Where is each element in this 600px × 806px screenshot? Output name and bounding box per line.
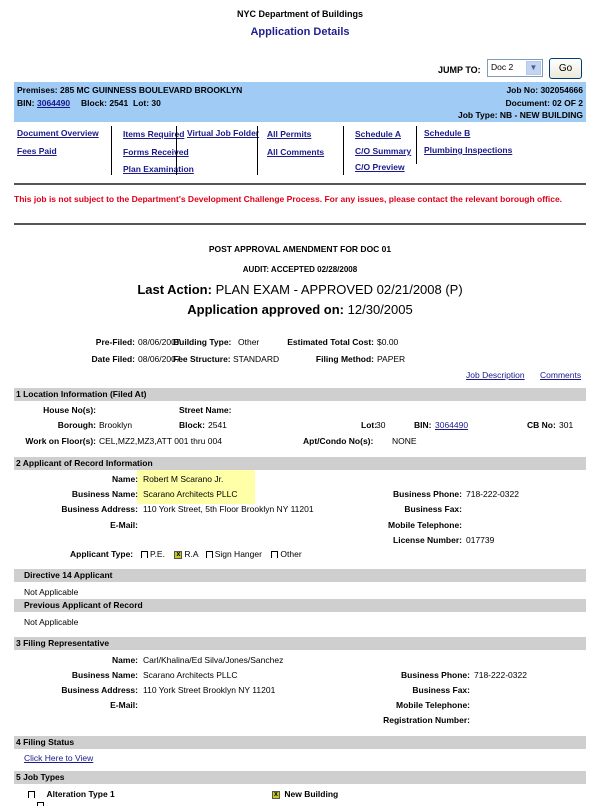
nav-all-comments[interactable]: All Comments — [267, 147, 324, 157]
comments-link[interactable]: Comments — [540, 370, 581, 380]
business-fax-label: Business Fax: — [404, 504, 462, 514]
nav-divider — [257, 126, 258, 175]
est-cost-label: Estimated Total Cost: — [287, 337, 374, 347]
business-name-value: Scarano Architects PLLC — [143, 489, 238, 499]
premises-address: Premises: 285 MC GUINNESS BOULEVARD BROO… — [17, 85, 242, 95]
borough-label: Borough: — [58, 420, 96, 430]
applicant-type-pe[interactable]: P.E. — [141, 549, 165, 559]
nav-forms-received[interactable]: Forms Received — [123, 147, 189, 157]
approved-label: Application approved on: — [187, 302, 344, 317]
section-directive14-header: Directive 14 Applicant — [14, 569, 586, 582]
block-label: Block: — [179, 420, 205, 430]
cb-value: 301 — [559, 420, 573, 430]
section-title: 3 Filing Representative — [14, 638, 109, 648]
rep-business-phone-value: 718-222-0322 — [474, 670, 527, 680]
applicant-name-label: Name: — [112, 474, 138, 484]
nav-divider — [416, 126, 417, 164]
nav-all-permits[interactable]: All Permits — [267, 129, 311, 139]
checkbox-unchecked-icon — [28, 791, 35, 798]
business-name-label: Business Name: — [72, 489, 138, 499]
rep-business-fax-label: Business Fax: — [412, 685, 470, 695]
section-job-types-header: 5 Job Types — [14, 771, 586, 784]
filing-status-link[interactable]: Click Here to View — [24, 753, 93, 763]
section-title: Previous Applicant of Record — [14, 600, 143, 610]
nav-document-overview[interactable]: Document Overview — [17, 128, 99, 138]
filing-method-label: Filing Method: — [316, 354, 374, 364]
last-action-value: PLAN EXAM - APPROVED 02/21/2008 (P) — [216, 282, 463, 297]
section-filing-rep-header: 3 Filing Representative — [14, 637, 586, 650]
nav-divider — [111, 126, 112, 175]
premises-block: Block: 2541 — [81, 98, 128, 108]
section-title: 4 Filing Status — [14, 737, 74, 747]
last-action: Last Action: PLAN EXAM - APPROVED 02/21/… — [0, 282, 600, 297]
nav-plan-examination[interactable]: Plan Examination — [123, 164, 194, 174]
amendment-status: POST APPROVAL AMENDMENT FOR DOC 01 — [0, 244, 600, 254]
divider — [14, 183, 586, 185]
email-label: E-Mail: — [110, 520, 138, 530]
nav-co-preview[interactable]: C/O Preview — [355, 162, 405, 172]
datefiled-label: Date Filed: — [92, 354, 135, 364]
building-type-label: Building Type: — [173, 337, 231, 347]
document-number: Document: 02 OF 2 — [506, 98, 583, 108]
license-value: 017739 — [466, 535, 494, 545]
street-label: Street Name: — [179, 405, 231, 415]
nav-schedule-b[interactable]: Schedule B — [424, 128, 470, 138]
job-type-alteration-1[interactable]: Alteration Type 1 — [28, 789, 115, 799]
rep-name-value: Carl/Khalina/Ed Silva/Jones/Sanchez — [143, 655, 283, 665]
job-type-new-building[interactable]: x New Building — [272, 789, 338, 799]
previous-applicant-value: Not Applicable — [24, 617, 78, 627]
jump-to-label: JUMP TO: — [438, 65, 481, 75]
nav-plumbing-inspections[interactable]: Plumbing Inspections — [424, 145, 512, 155]
section-title: 5 Job Types — [14, 772, 65, 782]
rep-name-label: Name: — [112, 655, 138, 665]
rep-business-address-value: 110 York Street Brooklyn NY 11201 — [143, 685, 275, 695]
checkbox-checked-icon: x — [174, 551, 182, 559]
development-challenge-notice: This job is not subject to the Departmen… — [14, 194, 586, 205]
rep-business-name-label: Business Name: — [72, 670, 138, 680]
business-address-value: 110 York Street, 5th Floor Brooklyn NY 1… — [143, 504, 314, 514]
nav-divider — [343, 126, 344, 175]
lot-label: Lot: — [361, 420, 377, 430]
section-previous-applicant-header: Previous Applicant of Record — [14, 599, 586, 612]
section-title: 1 Location Information (Filed At) — [14, 389, 146, 399]
nav-fees-paid[interactable]: Fees Paid — [17, 146, 57, 156]
lot-value: 30 — [376, 420, 385, 430]
rep-business-phone-label: Business Phone: — [401, 670, 470, 680]
rep-registration-label: Registration Number: — [383, 715, 470, 725]
applicant-type-other[interactable]: Other — [271, 549, 301, 559]
apt-label: Apt/Condo No(s): — [303, 436, 373, 446]
section-applicant-header: 2 Applicant of Record Information — [14, 457, 586, 470]
section-location-header: 1 Location Information (Filed At) — [14, 388, 586, 401]
rep-business-name-value: Scarano Architects PLLC — [143, 670, 238, 680]
jump-to-select[interactable]: Doc 2 ▼ — [487, 59, 543, 77]
job-number: Job No: 302054666 — [506, 85, 583, 95]
checkbox-unchecked-icon[interactable] — [37, 802, 44, 806]
floors-label: Work on Floor(s): — [25, 436, 96, 446]
fee-structure-label: Fee Structure: — [173, 354, 231, 364]
chevron-down-icon[interactable]: ▼ — [526, 61, 541, 75]
application-approved: Application approved on: 12/30/2005 — [0, 302, 600, 317]
apt-value: NONE — [392, 436, 417, 446]
audit-status: AUDIT: ACCEPTED 02/28/2008 — [0, 265, 600, 274]
last-action-label: Last Action: — [137, 282, 212, 297]
borough-value: Brooklyn — [99, 420, 132, 430]
applicant-type-options: P.E. xR.A Sign Hanger Other — [141, 549, 302, 559]
business-address-label: Business Address: — [61, 504, 138, 514]
rep-business-address-label: Business Address: — [61, 685, 138, 695]
prefiled-label: Pre-Filed: — [96, 337, 135, 347]
section-title: Directive 14 Applicant — [14, 570, 113, 580]
nav-virtual-job-folder[interactable]: Virtual Job Folder — [187, 128, 259, 138]
cb-label: CB No: — [527, 420, 556, 430]
page-title: Application Details — [0, 26, 600, 38]
checkbox-checked-icon: x — [272, 791, 280, 799]
premises-bin-label: BIN: — [17, 98, 34, 108]
license-label: License Number: — [393, 535, 462, 545]
filing-method-value: PAPER — [377, 354, 405, 364]
rep-email-label: E-Mail: — [110, 700, 138, 710]
premises-lot: Lot: 30 — [133, 98, 161, 108]
applicant-type-label: Applicant Type: — [70, 549, 133, 559]
est-cost-value: $0.00 — [377, 337, 398, 347]
premises-bin-link[interactable]: 3064490 — [37, 98, 70, 108]
applicant-type-sign-hanger[interactable]: Sign Hanger — [206, 549, 262, 559]
business-phone-label: Business Phone: — [393, 489, 462, 499]
fee-structure-value: STANDARD — [233, 354, 279, 364]
section-title: 2 Applicant of Record Information — [14, 458, 153, 468]
nav-co-summary[interactable]: C/O Summary — [355, 146, 411, 156]
applicant-type-ra[interactable]: xR.A — [174, 549, 198, 559]
premises-bar: Premises: 285 MC GUINNESS BOULEVARD BROO… — [14, 82, 586, 122]
checkbox-unchecked-icon — [271, 551, 278, 558]
mobile-label: Mobile Telephone: — [388, 520, 462, 530]
checkbox-unchecked-icon — [206, 551, 213, 558]
building-type-value: Other — [238, 337, 259, 347]
go-button[interactable]: Go — [549, 58, 582, 79]
divider — [14, 223, 586, 225]
bin-label: BIN: — [414, 420, 431, 430]
business-phone-value: 718-222-0322 — [466, 489, 519, 499]
nav-schedule-a[interactable]: Schedule A — [355, 129, 401, 139]
org-name: NYC Department of Buildings — [0, 9, 600, 19]
house-label: House No(s): — [43, 405, 96, 415]
floors-value: CEL,MZ2,MZ3,ATT 001 thru 004 — [99, 436, 222, 446]
job-description-link[interactable]: Job Description — [466, 370, 525, 380]
job-type: Job Type: NB - NEW BUILDING — [458, 110, 583, 120]
section-filing-status-header: 4 Filing Status — [14, 736, 586, 749]
applicant-name-value: Robert M Scarano Jr. — [143, 474, 223, 484]
block-value: 2541 — [208, 420, 227, 430]
checkbox-unchecked-icon — [141, 551, 148, 558]
approved-value: 12/30/2005 — [348, 302, 413, 317]
jump-to-selected: Doc 2 — [491, 62, 513, 72]
bin-link[interactable]: 3064490 — [435, 420, 468, 430]
directive14-value: Not Applicable — [24, 587, 78, 597]
rep-mobile-label: Mobile Telephone: — [396, 700, 470, 710]
nav-divider — [176, 126, 177, 175]
